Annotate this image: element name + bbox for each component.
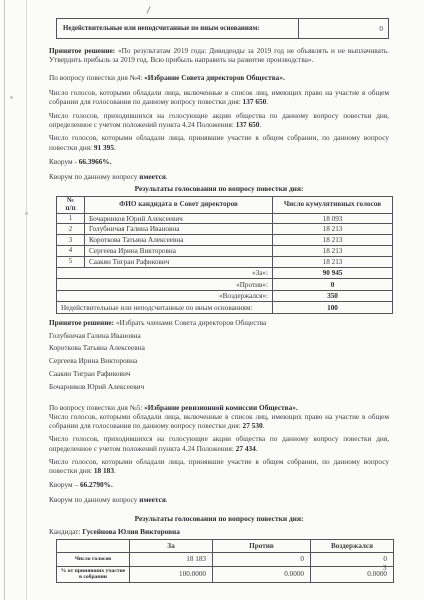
summary-value-invalid: 100 (273, 302, 393, 314)
table-row: Недействительные или неподсчитанные по и… (57, 19, 389, 39)
candidate-votes: 18 213 (273, 246, 393, 257)
row-number: 4 (57, 246, 85, 257)
candidate-name: Голубничая Галина Ивановна (85, 224, 273, 235)
q5-votes-entitled-text: Число голосов, которыми обладали лица, в… (49, 412, 389, 430)
q5-quorum-label: Кворум – (49, 480, 80, 489)
header-number-line2: п/п (65, 204, 75, 212)
elected-name: Короткова Татьяна Алексеевна (49, 344, 389, 352)
votes-count-row: Число голосов 18 183 0 0 (57, 552, 394, 566)
summary-label-for: «За»: (57, 267, 273, 279)
agenda-item-4-pre: По вопросу повестки дня №4: (49, 73, 144, 82)
q5-voting-shares-paragraph: Число голосов, приходившихся на голосующ… (49, 434, 389, 452)
votes-abstained: 0 (311, 552, 394, 566)
agenda-item-4-heading: По вопросу повестки дня №4: «Избрание Со… (49, 73, 389, 82)
candidate-line: Кандидат: Гусейнова Юлия Викторовна (49, 527, 389, 536)
row-number: 3 (57, 235, 85, 246)
row-number: 2 (57, 224, 85, 235)
scan-artifact-line (4, 0, 5, 600)
q4-results-heading: Результаты голосования по вопросу повест… (49, 184, 389, 193)
q5-votes-entitled-paragraph: Число голосов, которыми обладали лица, в… (49, 412, 389, 430)
header-against: Против (213, 539, 311, 552)
summary-label-against: «Против»: (57, 279, 273, 291)
table-row: 3 Короткова Татьяна Алексеевна 18 213 (57, 235, 393, 246)
row-number: 5 (57, 256, 85, 267)
scan-artifact-speck (10, 96, 13, 99)
q5-quorum-line: Кворум – 66.2790%. (49, 480, 389, 489)
ballot-results-table: За Против Воздержался Число голосов 18 1… (56, 539, 394, 583)
q5-voting-shares-value: 27 434 (236, 444, 256, 453)
q4-quorum-line: Кворум - 66.3966%. (49, 157, 389, 166)
votes-against: 0 (213, 552, 311, 566)
q4-votes-entitled-text: Число голосов, которыми обладали лица, в… (49, 88, 389, 106)
candidate-votes: 18 213 (273, 256, 393, 267)
q4-votes-entitled-suffix: . (266, 97, 268, 106)
summary-label-invalid: Недействительные или неподсчитанные по и… (57, 302, 273, 314)
summary-value-abstained: 350 (273, 290, 393, 302)
q4-quorum-note-bold: имеется (139, 172, 166, 181)
percent-row: % от принявших участие в собрании 100.00… (57, 566, 394, 582)
invalid-votes-label: Недействительные или неподсчитанные по и… (57, 19, 299, 39)
header-abstained: Воздержался (311, 539, 394, 552)
summary-row-invalid: Недействительные или неподсчитанные по и… (57, 302, 393, 314)
percent-abstained: 0.0000 (311, 566, 394, 582)
table-row: 5 Саакян Тигран Рафикович 18 213 (57, 256, 393, 267)
candidate-name: Сергеева Ирина Викторовна (85, 246, 273, 257)
votes-for: 18 183 (130, 552, 213, 566)
q5-votes-entitled-suffix: . (263, 421, 265, 430)
summary-row-abstained: «Воздержался»: 350 (57, 290, 393, 302)
q4-participants-suffix: . (114, 143, 116, 152)
agenda-item-4-title: «Избрание Совета директоров Общества». (144, 73, 285, 82)
candidate-votes: 18 213 (273, 224, 393, 235)
invalid-votes-value: 0 (299, 19, 389, 39)
page-number: 3 (383, 564, 387, 572)
candidate-label: Кандидат: (49, 527, 82, 536)
summary-row-against: «Против»: 0 (57, 279, 393, 291)
table-header-row: № п/п ФИО кандидата в Совет директоров Ч… (57, 197, 393, 213)
q5-voting-shares-suffix: . (256, 444, 258, 453)
agenda-item-5-pre: По вопросу повестки дня №5: (49, 403, 144, 412)
q5-participants-paragraph: Число голосов, которыми обладали лица, п… (49, 457, 389, 475)
q4-voting-shares-paragraph: Число голосов, приходившихся на голосующ… (49, 111, 389, 129)
candidate-votes: 18 093 (273, 213, 393, 224)
q5-quorum-note: Кворум по данному вопросу имеется. (49, 495, 389, 504)
decision-label: Принятое решение: (49, 318, 114, 327)
decision-paragraph-q4: Принятое решение: «Избрать членами Совет… (49, 318, 389, 327)
scanned-protocol-page: Недействительные или неподсчитанные по и… (0, 0, 424, 600)
header-number: № п/п (57, 197, 85, 213)
table-row: 1 Бочарников Юрий Алексеевич 18 093 (57, 213, 393, 224)
q5-votes-entitled-value: 27 530 (243, 421, 263, 430)
decision-label: Принятое решение: (49, 46, 115, 55)
q5-quorum-value: 66.2790%. (80, 480, 113, 489)
agenda-item-5-title: «Избрание ревизионной комиссии Общества»… (144, 403, 298, 412)
candidates-results-table: № п/п ФИО кандидата в Совет директоров Ч… (56, 196, 393, 314)
q5-quorum-note-text: Кворум по данному вопросу (49, 495, 139, 504)
q4-voting-shares-suffix: . (259, 120, 261, 129)
q5-results-heading: Результаты голосования по вопросу повест… (49, 514, 389, 523)
summary-row-for: «За»: 90 945 (57, 267, 393, 279)
table-header-row: За Против Воздержался (57, 539, 394, 552)
q4-quorum-note-suffix: . (166, 172, 168, 181)
summary-value-against: 0 (273, 279, 393, 291)
q4-participants-value: 91 395 (94, 143, 114, 152)
header-for: За (130, 539, 213, 552)
elected-name: Голубничая Галина Ивановна (49, 332, 389, 340)
header-candidate-name: ФИО кандидата в Совет директоров (85, 197, 273, 213)
summary-label-abstained: «Воздержался»: (57, 290, 273, 302)
percent-for: 100.0000 (130, 566, 213, 582)
decision-paragraph-q3: Принятое решение: «По результатам 2019 г… (49, 46, 389, 64)
q4-quorum-label: Кворум - (49, 157, 79, 166)
header-cumulative-votes: Число кумулятивных голосов (273, 197, 393, 213)
candidate-name: Бочарников Юрий Алексеевич (85, 213, 273, 224)
percent-label: % от принявших участие в собрании (57, 566, 130, 582)
q4-votes-entitled-paragraph: Число голосов, которыми обладали лица, в… (49, 88, 389, 106)
q4-quorum-note-text: Кворум по данному вопросу (49, 172, 139, 181)
q4-quorum-note: Кворум по данному вопросу имеется. (49, 172, 389, 181)
q5-participants-value: 18 183 (94, 466, 114, 475)
scan-artifact-line (26, 0, 27, 600)
elected-name: Сергеева Ирина Викторовна (49, 357, 389, 365)
scan-artifact-speck (25, 212, 28, 215)
q4-voting-shares-text: Число голосов, приходившихся на голосующ… (49, 111, 389, 129)
summary-value-for: 90 945 (273, 267, 393, 279)
elected-name: Бочарников Юрий Алексеевич (49, 383, 389, 391)
candidate-votes: 18 213 (273, 235, 393, 246)
elected-name: Саакян Тигран Рафикович (49, 370, 389, 378)
row-number: 1 (57, 213, 85, 224)
table-row: 2 Голубничая Галина Ивановна 18 213 (57, 224, 393, 235)
candidate-name: Короткова Татьяна Алексеевна (85, 235, 273, 246)
q5-voting-shares-text: Число голосов, приходившихся на голосующ… (49, 434, 389, 452)
scan-artifact-mark (146, 6, 150, 14)
q5-participants-suffix: . (114, 466, 116, 475)
table-row: 4 Сергеева Ирина Викторовна 18 213 (57, 246, 393, 257)
q5-quorum-note-bold: имеется (139, 495, 166, 504)
q5-quorum-note-suffix: . (166, 495, 168, 504)
candidate-name: Саакян Тигран Рафикович (85, 256, 273, 267)
decision-text: «Избрать членами Совета директоров Общес… (116, 318, 266, 327)
q4-participants-paragraph: Число голосов, которыми обладали лица, п… (49, 133, 389, 151)
corner-cell (57, 539, 130, 552)
q4-voting-shares-value: 137 650 (236, 120, 260, 129)
agenda-item-5-heading: По вопросу повестки дня №5: «Избрание ре… (49, 403, 389, 412)
invalid-votes-table: Недействительные или неподсчитанные по и… (56, 18, 389, 39)
candidate-name-bold: Гусейнова Юлия Викторовна (82, 527, 180, 536)
document-content: Недействительные или неподсчитанные по и… (49, 18, 389, 583)
votes-count-label: Число голосов (57, 552, 130, 566)
percent-against: 0.0000 (213, 566, 311, 582)
q4-votes-entitled-value: 137 650 (243, 97, 267, 106)
q4-quorum-value: 66.3966%. (79, 157, 112, 166)
